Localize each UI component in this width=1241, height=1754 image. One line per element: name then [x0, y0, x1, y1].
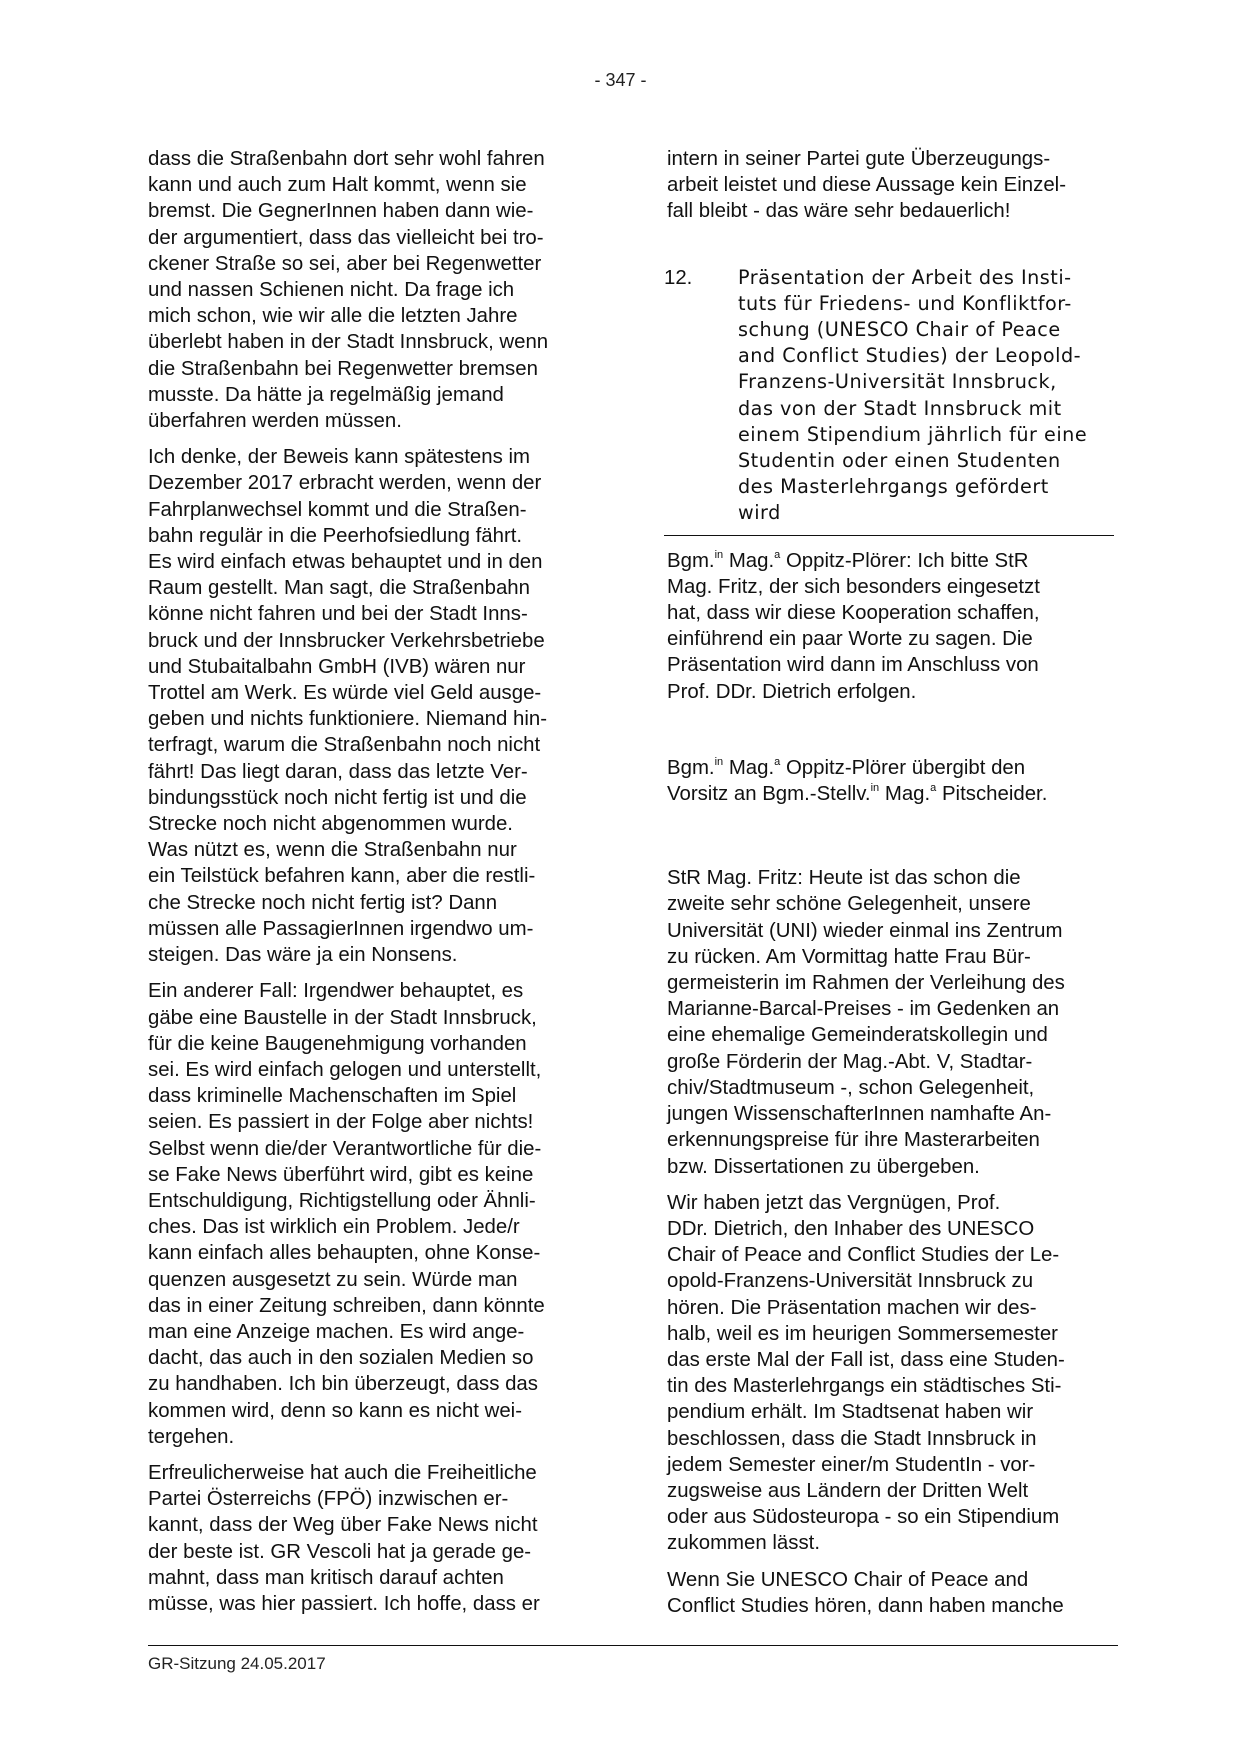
text-line: tin des Masterlehrgangs ein städtisches … [667, 1373, 1127, 1399]
text-line: überfahren werden müssen. [148, 408, 608, 434]
text-line: eine ehemalige Gemeinderatskollegin und [667, 1022, 1127, 1048]
left-column: dass die Straßenbahn dort sehr wohl fahr… [148, 146, 608, 1627]
text-line: zu handhaben. Ich bin überzeugt, dass da… [148, 1371, 608, 1397]
footer-session-date: GR-Sitzung 24.05.2017 [148, 1654, 326, 1674]
text-line: kannt, dass der Weg über Fake News nicht [148, 1512, 608, 1538]
text-line: kommen wird, denn so kann es nicht wei- [148, 1398, 608, 1424]
text-line: Conflict Studies hören, dann haben manch… [667, 1593, 1127, 1619]
text-line: Entschuldigung, Richtigstellung oder Ähn… [148, 1188, 608, 1214]
text-line: oder aus Südosteuropa - so ein Stipendiu… [667, 1504, 1127, 1530]
paragraph-intro: intern in seiner Partei gute Überzeugung… [667, 146, 1127, 225]
paragraph: Erfreulicherweise hat auch die Freiheitl… [148, 1460, 608, 1617]
text-line: seien. Es passiert in der Folge aber nic… [148, 1109, 608, 1135]
mayor-statement: Bgm.in Mag.a Oppitz-Plörer: Ich bitte St… [667, 548, 1127, 705]
text-line: geben und nichts funktioniere. Niemand h… [148, 706, 608, 732]
text-line: dass kriminelle Machenschaften im Spiel [148, 1083, 608, 1109]
text-line: dass die Straßenbahn dort sehr wohl fahr… [148, 146, 608, 172]
page-number: - 347 - [0, 70, 1241, 91]
text-line: des Masterlehrgangs gefördert [738, 474, 1114, 500]
statement-first-line: Bgm.in Mag.a Oppitz-Plörer: Ich bitte St… [667, 548, 1127, 574]
text-line: che Strecke noch nicht fertig ist? Dann [148, 890, 608, 916]
text-line: DDr. Dietrich, den Inhaber des UNESCO [667, 1216, 1127, 1242]
text-line: tergehen. [148, 1424, 608, 1450]
agenda-title: Präsentation der Arbeit des Insti-tuts f… [738, 265, 1114, 527]
text-line: und nassen Schienen nicht. Da frage ich [148, 277, 608, 303]
text-line: halb, weil es im heurigen Sommersemester [667, 1321, 1127, 1347]
text-line: Präsentation der Arbeit des Insti- [738, 265, 1114, 291]
text-line: Prof. DDr. Dietrich erfolgen. [667, 679, 1127, 705]
text-line: Mag. Fritz, der sich besonders eingesetz… [667, 574, 1127, 600]
text-line: jungen WissenschafterInnen namhafte An- [667, 1101, 1127, 1127]
agenda-item: 12. Präsentation der Arbeit des Insti-tu… [664, 265, 1114, 536]
text-line: mich schon, wie wir alle die letzten Jah… [148, 303, 608, 329]
text-line: fährt! Das liegt daran, dass das letzte … [148, 759, 608, 785]
text-line: zugsweise aus Ländern der Dritten Welt [667, 1478, 1127, 1504]
text-line: könne nicht fahren und bei der Stadt Inn… [148, 601, 608, 627]
text-line: chiv/Stadtmuseum -, schon Gelegenheit, [667, 1075, 1127, 1101]
text-line: einführend ein paar Worte zu sagen. Die [667, 626, 1127, 652]
text-line: germeisterin im Rahmen der Verleihung de… [667, 970, 1127, 996]
text-line: das von der Stadt Innsbruck mit [738, 396, 1114, 422]
text-line: Trottel am Werk. Es würde viel Geld ausg… [148, 680, 608, 706]
text-line: musste. Da hätte ja regelmäßig jemand [148, 382, 608, 408]
text-line: große Förderin der Mag.-Abt. V, Stadtar- [667, 1049, 1127, 1075]
text-line: mahnt, dass man kritisch darauf achten [148, 1565, 608, 1591]
text-line: terfragt, warum die Straßenbahn noch nic… [148, 732, 608, 758]
text-line: Präsentation wird dann im Anschluss von [667, 652, 1127, 678]
text-line: erkennungspreise für ihre Masterarbeiten [667, 1127, 1127, 1153]
text-line: kann und auch zum Halt kommt, wenn sie [148, 172, 608, 198]
text-line: zweite sehr schöne Gelegenheit, unsere [667, 891, 1127, 917]
agenda-number: 12. [664, 265, 692, 291]
text-line: Erfreulicherweise hat auch die Freiheitl… [148, 1460, 608, 1486]
text-line: Partei Österreichs (FPÖ) inzwischen er- [148, 1486, 608, 1512]
text-line: Marianne-Barcal-Preises - im Gedenken an [667, 996, 1127, 1022]
text-line: zu rücken. Am Vormittag hatte Frau Bür- [667, 944, 1127, 970]
text-line: müsse, was hier passiert. Ich hoffe, das… [148, 1591, 608, 1617]
text-line: das in einer Zeitung schreiben, dann kön… [148, 1293, 608, 1319]
text-line: einem Stipendium jährlich für eine [738, 422, 1114, 448]
text-line: für die keine Baugenehmigung vorhanden [148, 1031, 608, 1057]
paragraph-fritz: Wir haben jetzt das Vergnügen, Prof.DDr.… [667, 1190, 1127, 1557]
text-line: zukommen lässt. [667, 1530, 1127, 1556]
text-line: überlebt haben in der Stadt Innsbruck, w… [148, 329, 608, 355]
text-line: Chair of Peace and Conflict Studies der … [667, 1242, 1127, 1268]
paragraph: Ich denke, der Beweis kann spätestens im… [148, 444, 608, 968]
text-line: der beste ist. GR Vescoli hat ja gerade … [148, 1539, 608, 1565]
text-line: Dezember 2017 erbracht werden, wenn der [148, 470, 608, 496]
text-line: Studentin oder einen Studenten [738, 448, 1114, 474]
text-line: Ein anderer Fall: Irgendwer behauptet, e… [148, 978, 608, 1004]
paragraph-fritz: StR Mag. Fritz: Heute ist das schon diez… [667, 865, 1127, 1179]
paragraph-fritz: Wenn Sie UNESCO Chair of Peace andConfli… [667, 1567, 1127, 1619]
footer-divider [148, 1645, 1118, 1646]
text-line: bzw. Dissertationen zu übergeben. [667, 1154, 1127, 1180]
text-line: opold-Franzens-Universität Innsbruck zu [667, 1268, 1127, 1294]
text-line: Franzens-Universität Innsbruck, [738, 369, 1114, 395]
text-line: Universität (UNI) wieder einmal ins Zent… [667, 918, 1127, 944]
text-line: schung (UNESCO Chair of Peace [738, 317, 1114, 343]
text-line: StR Mag. Fritz: Heute ist das schon die [667, 865, 1127, 891]
text-line: hat, dass wir diese Kooperation schaffen… [667, 600, 1127, 626]
text-line: Was nützt es, wenn die Straßenbahn nur [148, 837, 608, 863]
text-line: Selbst wenn die/der Verantwortliche für … [148, 1136, 608, 1162]
text-line: und Stubaitalbahn GmbH (IVB) wären nur [148, 654, 608, 680]
text-line: wird [738, 500, 1114, 526]
text-line: kann einfach alles behaupten, ohne Konse… [148, 1240, 608, 1266]
text-line: ches. Das ist wirklich ein Problem. Jede… [148, 1214, 608, 1240]
paragraph: dass die Straßenbahn dort sehr wohl fahr… [148, 146, 608, 434]
text-line: der argumentiert, dass das vielleicht be… [148, 225, 608, 251]
text-line: sei. Es wird einfach gelogen und unterst… [148, 1057, 608, 1083]
text-line: bindungsstück noch nicht fertig ist und … [148, 785, 608, 811]
text-line: Fahrplanwechsel kommt und die Straßen- [148, 497, 608, 523]
text-line: jedem Semester einer/m StudentIn - vor- [667, 1452, 1127, 1478]
chair-handover: Bgm.in Mag.a Oppitz-Plörer übergibt den … [667, 755, 1127, 807]
text-line: beschlossen, dass die Stadt Innsbruck in [667, 1426, 1127, 1452]
text-line: Strecke noch nicht abgenommen wurde. [148, 811, 608, 837]
text-line: ein Teilstück befahren kann, aber die re… [148, 863, 608, 889]
text-line: dacht, das auch in den sozialen Medien s… [148, 1345, 608, 1371]
text-line: müssen alle PassagierInnen irgendwo um- [148, 916, 608, 942]
paragraph: Ein anderer Fall: Irgendwer behauptet, e… [148, 978, 608, 1450]
text-line: pendium erhält. Im Stadtsenat haben wir [667, 1399, 1127, 1425]
text-line: Es wird einfach etwas behauptet und in d… [148, 549, 608, 575]
text-line: tuts für Friedens- und Konfliktfor- [738, 291, 1114, 317]
right-column: intern in seiner Partei gute Überzeugung… [667, 146, 1127, 1629]
text-line: Ich denke, der Beweis kann spätestens im [148, 444, 608, 470]
text-line: bremst. Die GegnerInnen haben dann wie- [148, 198, 608, 224]
text-line: and Conflict Studies) der Leopold- [738, 343, 1114, 369]
text-line: ckener Straße so sei, aber bei Regenwett… [148, 251, 608, 277]
text-line: arbeit leistet und diese Aussage kein Ei… [667, 172, 1127, 198]
text-line: das erste Mal der Fall ist, dass eine St… [667, 1347, 1127, 1373]
text-line: die Straßenbahn bei Regenwetter bremsen [148, 356, 608, 382]
text-line: bruck und der Innsbrucker Verkehrsbetrie… [148, 628, 608, 654]
text-line: gäbe eine Baustelle in der Stadt Innsbru… [148, 1005, 608, 1031]
text-line: quenzen ausgesetzt zu sein. Würde man [148, 1267, 608, 1293]
text-line: hören. Die Präsentation machen wir des- [667, 1295, 1127, 1321]
text-line: fall bleibt - das wäre sehr bedauerlich! [667, 198, 1127, 224]
text-line: man eine Anzeige machen. Es wird ange- [148, 1319, 608, 1345]
text-line: steigen. Das wäre ja ein Nonsens. [148, 942, 608, 968]
text-line: se Fake News überführt wird, gibt es kei… [148, 1162, 608, 1188]
text-line: bahn regulär in die Peerhofsiedlung fähr… [148, 523, 608, 549]
text-line: Wenn Sie UNESCO Chair of Peace and [667, 1567, 1127, 1593]
text-line: intern in seiner Partei gute Überzeugung… [667, 146, 1127, 172]
text-line: Wir haben jetzt das Vergnügen, Prof. [667, 1190, 1127, 1216]
text-line: Raum gestellt. Man sagt, die Straßenbahn [148, 575, 608, 601]
